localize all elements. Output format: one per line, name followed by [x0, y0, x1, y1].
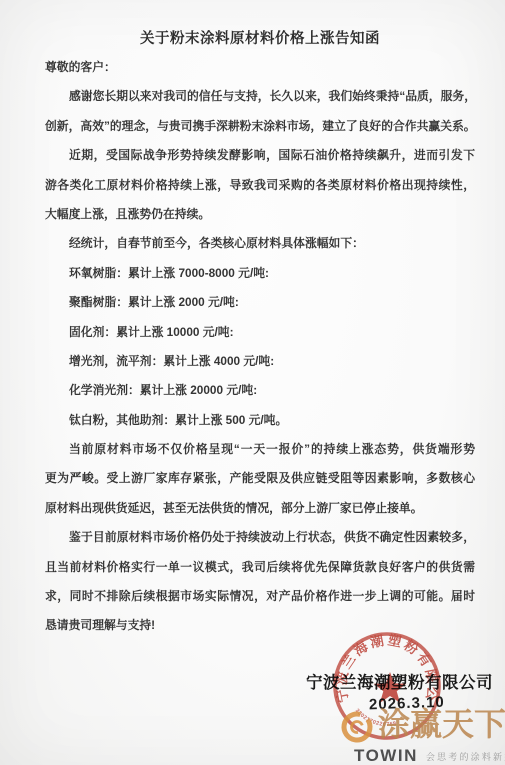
body-line: 更为严峻。受上游厂家库存紧张，产能受限及供应链受阻等因素影响，多数核心: [45, 464, 475, 493]
watermark-tagline: 会思考的涂料新媒体: [426, 750, 505, 763]
body-line: 创新，高效”的理念，与贵司携手深耕粉末涂料市场，建立了良好的合作共赢关系。: [45, 112, 475, 141]
body-line: 原材料出现供货延迟，甚至无法供货的情况，部分上游厂家已停止接单。: [45, 494, 475, 523]
price-item-line: 固化剂：累计上涨 10000 元/吨:: [45, 318, 475, 347]
salutation-line: 尊敬的客户：: [45, 53, 475, 82]
letter-body: 尊敬的客户： 感谢您长期以来对我司的信任与支持，长久以来，我们始终秉持“品质，服…: [45, 53, 475, 641]
price-item-line: 聚酯树脂：累计上涨 2000 元/吨:: [45, 288, 475, 317]
body-line: 大幅度上涨，且涨势仍在持续。: [45, 200, 475, 229]
watermark-brand-row: TOWIN 会思考的涂料新媒体: [354, 746, 505, 765]
seal-serial-number: 3302170226758: [354, 708, 398, 728]
body-line: 游各类化工原材料价格持续上涨，导致我司采购的各类原材料价格出现持续性，: [45, 171, 475, 200]
body-line: 鉴于目前原材料市场价格仍处于持续波动上行状态，供货不确定性因素较多，: [45, 523, 475, 552]
seal-company-arc-text: 宁波兰海潮塑粉有限公司: [325, 627, 441, 704]
price-item-line: 化学消光剂：累计上涨 20000 元/吨:: [45, 376, 475, 405]
body-line: 求，同时不排除后续根据市场实际情况，对产品价格作进一步上调的可能。届时: [45, 582, 475, 611]
price-item-line: 钛白粉，其他助剂：累计上涨 500 元/吨。: [45, 406, 475, 435]
body-line: 且当前材料价格实行一单一议模式，我司后续将优先保障货款良好客户的供货需: [45, 553, 475, 582]
body-line: 近期，受国际战争形势持续发酵影响，国际石油价格持续飙升，进而引发下: [45, 141, 475, 170]
price-item-line: 增光剂，流平剂：累计上涨 4000 元/吨:: [45, 347, 475, 376]
notice-letter-page: 关于粉末涂料原材料价格上涨告知函 尊敬的客户： 感谢您长期以来对我司的信任与支持…: [0, 0, 505, 765]
price-item-line: 环氧树脂：累计上涨 7000-8000 元/吨:: [45, 259, 475, 288]
body-line: 当前原材料市场不仅价格呈现“一天一报价”的持续上涨态势，供货端形势: [45, 435, 475, 464]
watermark-brand-english: TOWIN: [354, 746, 418, 765]
page-title: 关于粉末涂料原材料价格上涨告知函: [45, 27, 475, 48]
body-line: 感谢您长期以来对我司的信任与支持，长久以来，我们始终秉持“品质，服务，: [45, 82, 475, 111]
seal-star-icon: [374, 672, 406, 703]
body-line: 经统计，自春节前至今，各类核心原材料具体涨幅如下：: [45, 229, 475, 258]
company-seal-stamp: 宁波兰海潮塑粉有限公司 3302170226758: [325, 627, 451, 745]
